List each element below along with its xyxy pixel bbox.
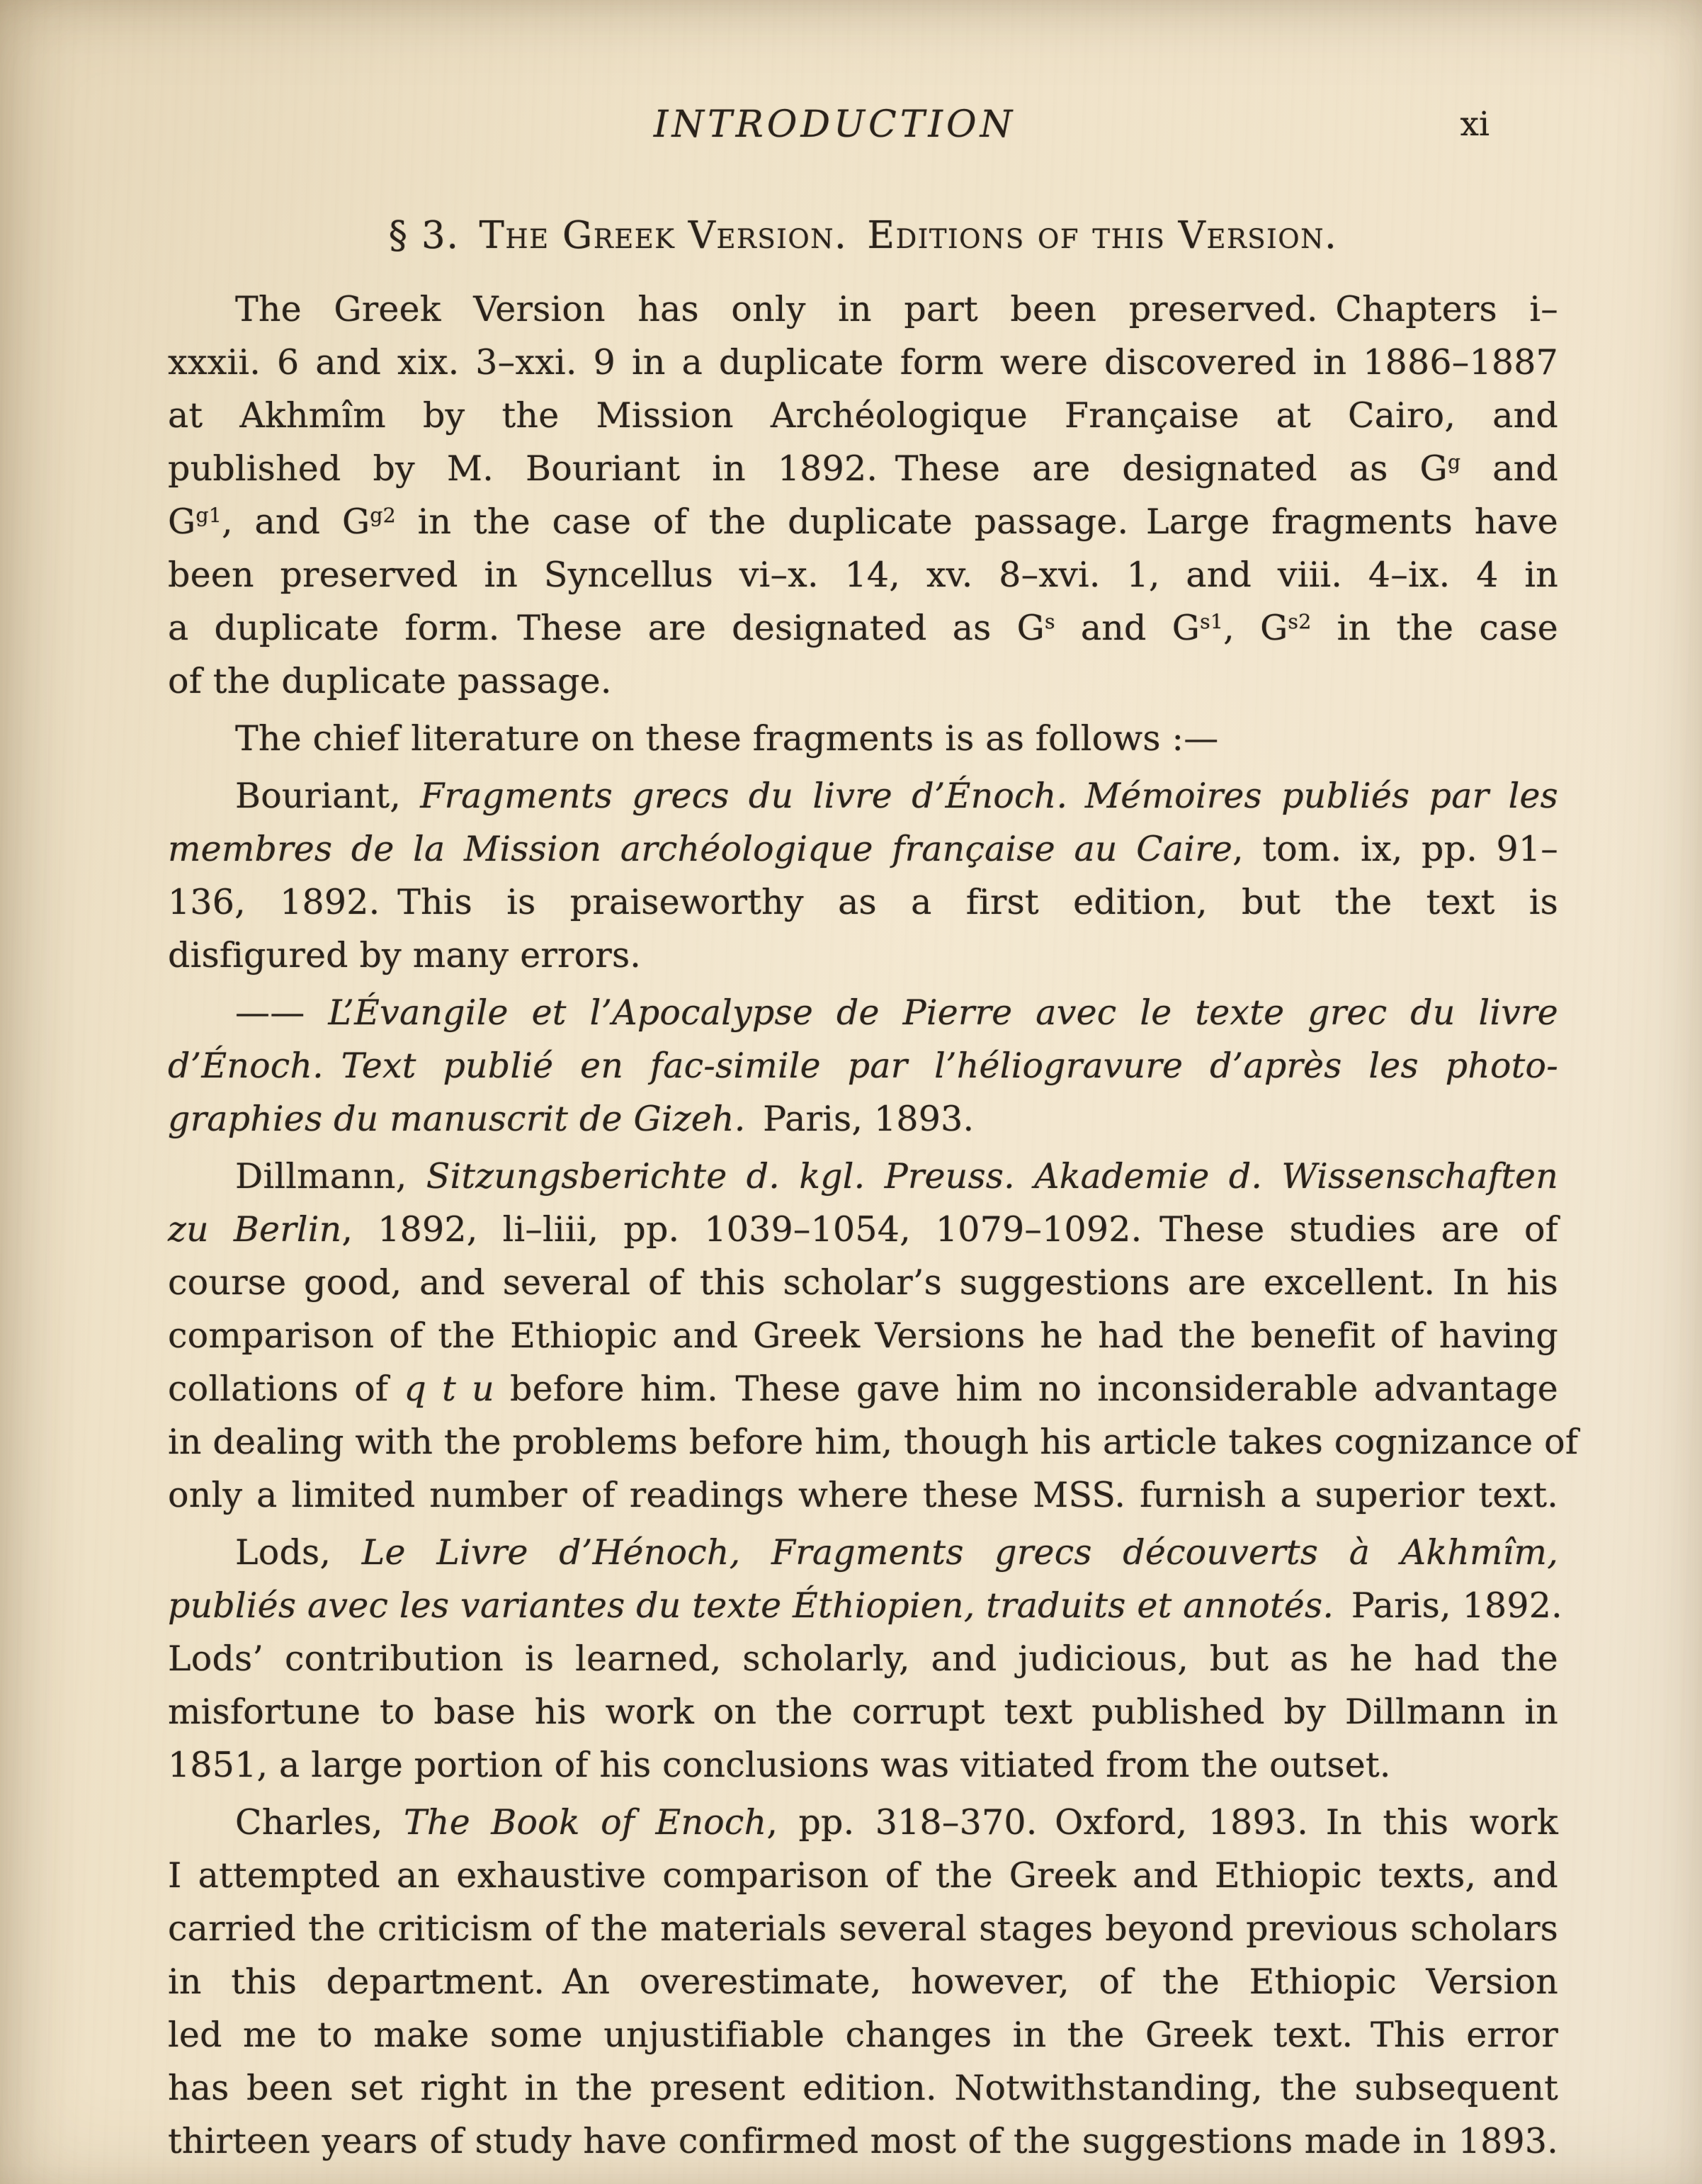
text-line: I attempted an exhaustive comparison of …	[168, 1849, 1558, 1902]
text-run: published by M. Bouriant in 1892. These …	[168, 448, 1448, 489]
text-line: a duplicate form. These are designated a…	[168, 601, 1558, 655]
text-run: of the duplicate passage.	[168, 661, 612, 701]
text-line: Lods, Le Livre d’Hénoch, Fragments grecs…	[168, 1526, 1558, 1579]
text-line: The chief literature on these fragments …	[168, 712, 1558, 765]
text-line: collations of q t u before him. These ga…	[168, 1362, 1558, 1415]
text-run: Charles,	[235, 1802, 404, 1843]
italic-text-run: graphies du manuscrit de Gizeh.	[168, 1099, 745, 1139]
text-run: ——	[235, 992, 328, 1033]
text-body: The Greek Version has only in part been …	[168, 283, 1558, 2168]
text-line: publiés avec les variantes du texte Éthi…	[168, 1579, 1558, 1632]
italic-text-run: Le Livre d’Hénoch, Fragments grecs décou…	[362, 1532, 1558, 1573]
text-line: membres de la Mission archéologique fran…	[168, 822, 1558, 876]
text-line: comparison of the Ethiopic and Greek Ver…	[168, 1309, 1558, 1362]
italic-text-run: publiés avec les variantes du texte Éthi…	[168, 1585, 1334, 1626]
text-run: misfortune to base his work on the corru…	[168, 1692, 1558, 1732]
text-line: in dealing with the problems before him,…	[168, 1415, 1558, 1469]
text-line: misfortune to base his work on the corru…	[168, 1685, 1558, 1738]
text-run: before him. These gave him no inconsider…	[494, 1369, 1558, 1409]
text-line: —— L’Évangile et l’Apocalypse de Pierre …	[168, 986, 1558, 1039]
text-run: , G	[1223, 608, 1288, 648]
text-run: in the case of the duplicate passage. La…	[396, 502, 1558, 542]
text-run: , and G	[222, 502, 370, 542]
text-line: 1851, a large portion of his conclusions…	[168, 1738, 1558, 1792]
text-line: Charles, The Book of Enoch, pp. 318–370.…	[168, 1796, 1558, 1849]
section-heading: § 3. The Greek Version. Editions of this…	[168, 214, 1558, 257]
text-run: a duplicate form. These are designated a…	[168, 608, 1045, 648]
text-run: and	[1460, 448, 1558, 489]
text-run: 1851, a large portion of his conclusions…	[168, 1745, 1391, 1785]
text-line: led me to make some unjustifiable change…	[168, 2008, 1558, 2061]
text-line: The Greek Version has only in part been …	[168, 283, 1558, 336]
italic-text-run: L’Évangile et l’Apocalypse de Pierre ave…	[328, 992, 1558, 1033]
text-run: in dealing with the problems before him,…	[168, 1422, 1578, 1462]
text-line: zu Berlin, 1892, li–liii, pp. 1039–1054,…	[168, 1203, 1558, 1256]
italic-text-run: d’Énoch. Text publié en fac-simile par l…	[168, 1046, 1558, 1086]
text-run: carried the criticism of the materials s…	[168, 1908, 1558, 1949]
running-title: INTRODUCTION	[654, 103, 1016, 146]
text-run: Lods’ contribution is learned, scholarly…	[168, 1639, 1558, 1679]
text-line: of the duplicate passage.	[168, 655, 1558, 708]
page-number: xi	[1460, 105, 1490, 144]
text-line: been preserved in Syncellus vi–x. 14, xv…	[168, 548, 1558, 601]
text-run: Dillmann,	[235, 1156, 426, 1196]
paragraph: Dillmann, Sitzungsberichte d. kgl. Preus…	[168, 1150, 1558, 1522]
text-run: The Greek Version has only in part been …	[235, 289, 1558, 329]
text-run: The chief literature on these fragments …	[235, 718, 1218, 759]
text-run: G	[168, 502, 195, 542]
text-line: d’Énoch. Text publié en fac-simile par l…	[168, 1039, 1558, 1092]
text-run: thirteen years of study have confirmed m…	[168, 2121, 1558, 2161]
text-line: course good, and several of this scholar…	[168, 1256, 1558, 1309]
text-run: led me to make some unjustifiable change…	[168, 2015, 1558, 2055]
paragraph: Charles, The Book of Enoch, pp. 318–370.…	[168, 1796, 1558, 2168]
text-line: graphies du manuscrit de Gizeh. Paris, 1…	[168, 1092, 1558, 1145]
text-line: xxxii. 6 and xix. 3–xxi. 9 in a duplicat…	[168, 336, 1558, 389]
text-run: disfigured by many errors.	[168, 935, 641, 975]
text-run: xxxii. 6 and xix. 3–xxi. 9 in a duplicat…	[168, 342, 1558, 383]
text-run: , 1892, li–liii, pp. 1039–1054, 1079–109…	[341, 1209, 1558, 1250]
text-run: comparison of the Ethiopic and Greek Ver…	[168, 1316, 1558, 1356]
paragraph: The Greek Version has only in part been …	[168, 283, 1558, 708]
text-line: disfigured by many errors.	[168, 929, 1558, 982]
paragraph: Bouriant, Fragments grecs du livre d’Éno…	[168, 769, 1558, 982]
italic-text-run: Fragments grecs du livre d’Énoch. Mémoir…	[420, 776, 1558, 816]
text-run: in the case	[1311, 608, 1558, 648]
text-run: Lods,	[235, 1532, 362, 1573]
text-run: collations of	[168, 1369, 404, 1409]
text-run: Paris, 1893.	[745, 1099, 974, 1139]
text-run: in this department. An overestimate, how…	[168, 1962, 1558, 2002]
text-run: Paris, 1892.	[1334, 1585, 1562, 1626]
italic-text-run: The Book of Enoch	[404, 1802, 766, 1843]
page-header: INTRODUCTION xi	[168, 103, 1558, 160]
text-line: Bouriant, Fragments grecs du livre d’Éno…	[168, 769, 1558, 822]
text-run: , tom. ix, pp. 91–	[1232, 829, 1558, 869]
text-run: has been set right in the present editio…	[168, 2068, 1558, 2108]
text-line: in this department. An overestimate, how…	[168, 1955, 1558, 2008]
text-run: and G	[1055, 608, 1200, 648]
text-run: 136, 1892. This is praiseworthy as a fir…	[168, 882, 1558, 922]
text-run: Bouriant,	[235, 776, 420, 816]
text-run: course good, and several of this scholar…	[168, 1262, 1558, 1303]
italic-text-run: Sitzungsberichte d. kgl. Preuss. Akademi…	[426, 1156, 1558, 1196]
text-line: Lods’ contribution is learned, scholarly…	[168, 1632, 1558, 1685]
text-line: carried the criticism of the materials s…	[168, 1902, 1558, 1955]
text-line: only a limited number of readings where …	[168, 1469, 1558, 1522]
text-line: 136, 1892. This is praiseworthy as a fir…	[168, 876, 1558, 929]
italic-text-run: zu Berlin	[168, 1209, 341, 1250]
text-line: Gg1, and Gg2 in the case of the duplicat…	[168, 495, 1558, 548]
text-line: at Akhmîm by the Mission Archéologique F…	[168, 389, 1558, 442]
italic-text-run: membres de la Mission archéologique fran…	[168, 829, 1232, 869]
paragraph: Lods, Le Livre d’Hénoch, Fragments grecs…	[168, 1526, 1558, 1792]
text-line: Dillmann, Sitzungsberichte d. kgl. Preus…	[168, 1150, 1558, 1203]
text-run: been preserved in Syncellus vi–x. 14, xv…	[168, 555, 1558, 595]
text-line: published by M. Bouriant in 1892. These …	[168, 442, 1558, 495]
paragraph: The chief literature on these fragments …	[168, 712, 1558, 765]
text-line: thirteen years of study have confirmed m…	[168, 2115, 1558, 2168]
text-run: , pp. 318–370. Oxford, 1893. In this wor…	[766, 1802, 1558, 1843]
paragraph: —— L’Évangile et l’Apocalypse de Pierre …	[168, 986, 1558, 1145]
italic-text-run: q t u	[404, 1369, 494, 1409]
text-run: at Akhmîm by the Mission Archéologique F…	[168, 395, 1558, 436]
text-run: only a limited number of readings where …	[168, 1475, 1558, 1515]
text-run: I attempted an exhaustive comparison of …	[168, 1855, 1558, 1896]
book-page: INTRODUCTION xi § 3. The Greek Version. …	[0, 0, 1702, 2184]
text-line: has been set right in the present editio…	[168, 2061, 1558, 2115]
